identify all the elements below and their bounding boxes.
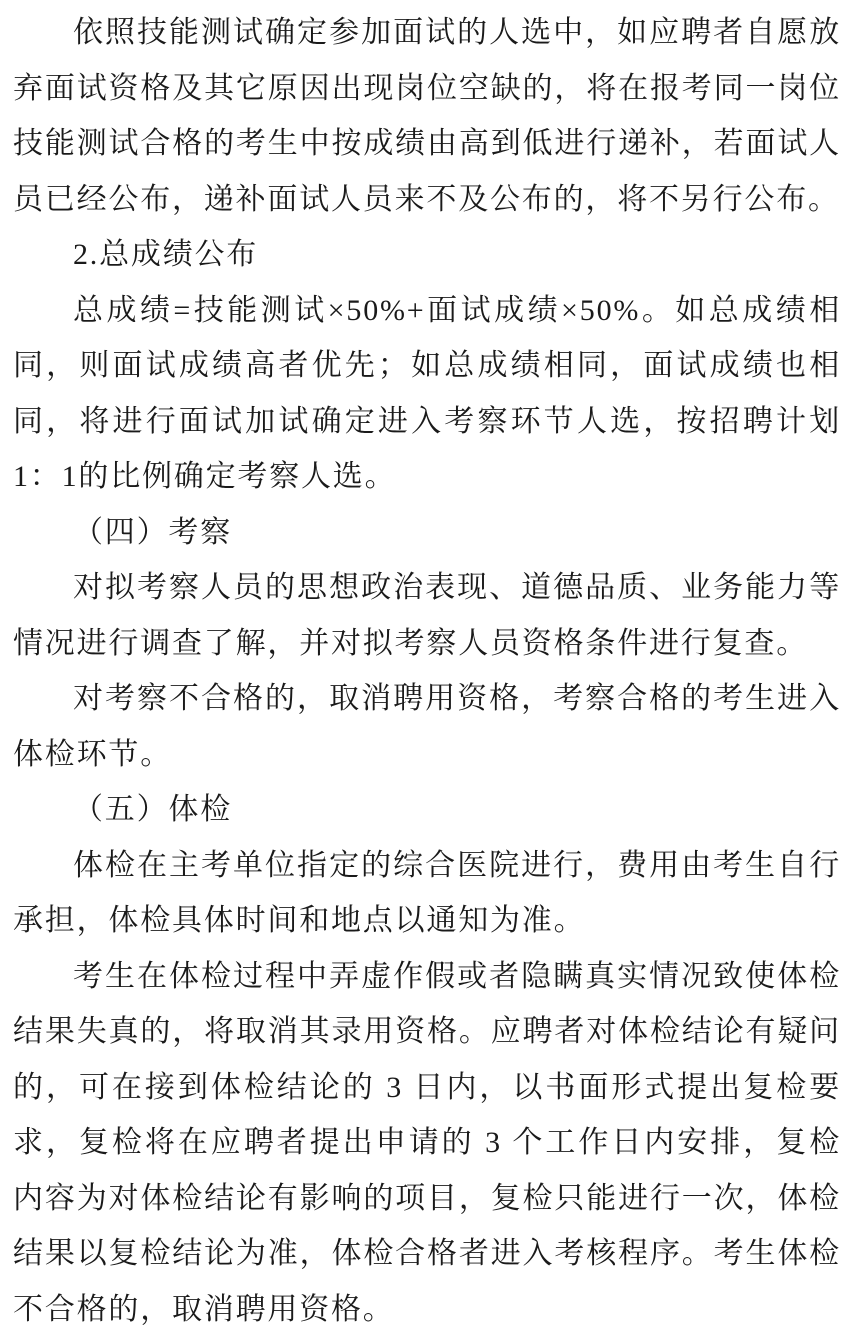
paragraph-interview-substitution: 依照技能测试确定参加面试的人选中，如应聘者自愿放弃面试资格及其它原因出现岗位空缺… bbox=[13, 5, 841, 227]
document-page: 依照技能测试确定参加面试的人选中，如应聘者自愿放弃面试资格及其它原因出现岗位空缺… bbox=[0, 0, 854, 1338]
paragraph-total-score-formula: 总成绩=技能测试×50%+面试成绩×50%。如总成绩相同，则面试成绩高者优先；如… bbox=[13, 283, 841, 505]
heading-section-4-inspection: （四）考察 bbox=[13, 505, 841, 561]
paragraph-inspection-result: 对考察不合格的，取消聘用资格，考察合格的考生进入体检环节。 bbox=[13, 671, 841, 782]
heading-section-5-physical-exam: （五）体检 bbox=[13, 782, 841, 838]
paragraph-inspection-content: 对拟考察人员的思想政治表现、道德品质、业务能力等情况进行调查了解，并对拟考察人员… bbox=[13, 560, 841, 671]
heading-total-score-announcement: 2.总成绩公布 bbox=[13, 227, 841, 283]
paragraph-physical-exam-arrangement: 体检在主考单位指定的综合医院进行，费用由考生自行承担，体检具体时间和地点以通知为… bbox=[13, 838, 841, 949]
paragraph-physical-exam-rules: 考生在体检过程中弄虚作假或者隐瞒真实情况致使体检结果失真的，将取消其录用资格。应… bbox=[13, 949, 841, 1338]
